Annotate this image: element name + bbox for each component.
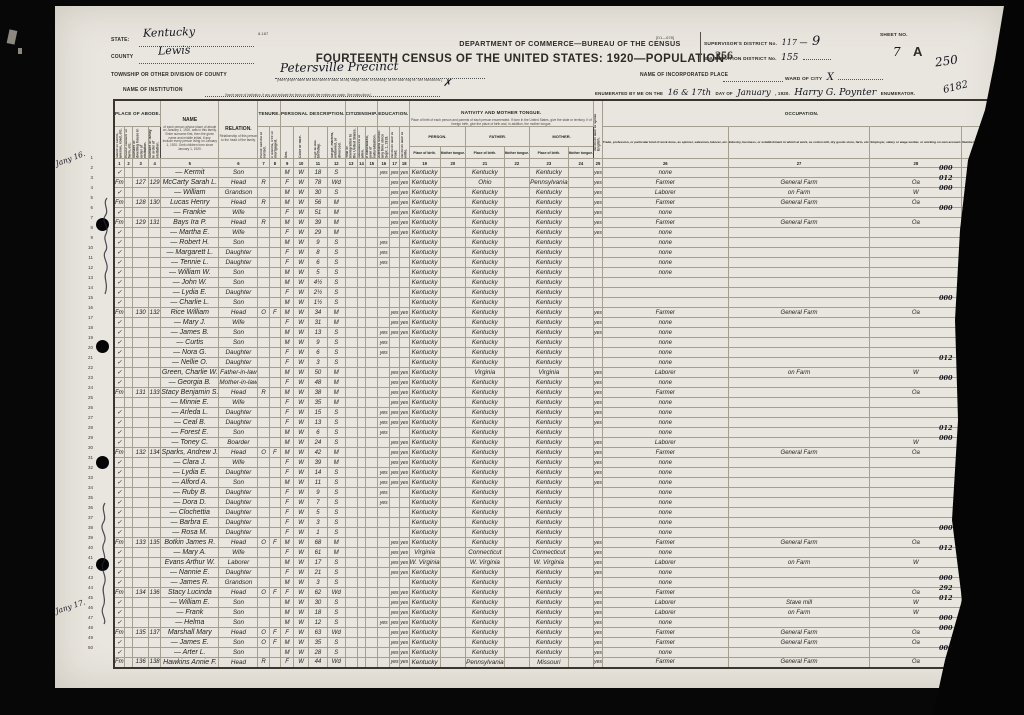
cell-father-tongue — [504, 388, 530, 398]
cell-owned-rented: O — [258, 538, 269, 548]
cell-naturalization-year — [366, 258, 378, 268]
cell-sex: F — [281, 288, 294, 298]
cell-naturalized — [357, 368, 366, 378]
cell-name: — Lydia E. — [161, 288, 219, 298]
cell-mother-birthplace: Kentucky — [530, 358, 568, 368]
cell-write — [399, 528, 409, 538]
cell-naturalized — [357, 298, 366, 308]
cell-occupation: none — [602, 408, 728, 418]
cell-race: W — [294, 238, 309, 248]
cell-mother-birthplace: Kentucky — [530, 318, 568, 328]
cell-sex: F — [281, 568, 294, 578]
cell-father-tongue — [504, 268, 530, 278]
cell-speaks-english — [594, 518, 603, 528]
cell-industry — [728, 618, 870, 628]
cell-sex: M — [281, 578, 294, 588]
cell-mother-tongue — [568, 468, 594, 478]
cell-naturalization-year — [366, 328, 378, 338]
cell-person-tongue — [440, 398, 466, 408]
cell-free-mortgaged — [269, 318, 280, 328]
cell-owned-rented — [258, 428, 269, 438]
cell-write: yes — [399, 638, 409, 648]
cell-immigration — [345, 358, 357, 368]
cell-farm-mark: ✓ — [114, 428, 124, 438]
cell-occupation: Laborer — [602, 368, 728, 378]
cell-naturalization-year — [366, 308, 378, 318]
cell-sex: F — [281, 418, 294, 428]
cell-naturalized — [357, 538, 366, 548]
cell-father-birthplace: Kentucky — [466, 248, 504, 258]
cell-industry — [728, 258, 870, 268]
cell-school — [378, 638, 390, 648]
cell-sex: F — [281, 228, 294, 238]
cell-mother-birthplace: Kentucky — [530, 538, 568, 548]
cell-sex: F — [281, 398, 294, 408]
cell-house-number — [124, 408, 133, 418]
cell-father-birthplace: Kentucky — [466, 568, 504, 578]
cell-relation: Son — [219, 608, 258, 618]
punch-code — [939, 453, 953, 463]
cell-mother-tongue — [568, 358, 594, 368]
cell-father-birthplace: Kentucky — [466, 328, 504, 338]
cell-school — [378, 288, 390, 298]
cell-marital: M — [327, 308, 345, 318]
cell-read: yes — [390, 588, 400, 598]
cell-marital: S — [327, 418, 345, 428]
cell-naturalization-year — [366, 338, 378, 348]
cell-race: W — [294, 458, 309, 468]
cell-marital: S — [327, 498, 345, 508]
cell-race: W — [294, 578, 309, 588]
cell-owned-rented: R — [258, 178, 269, 188]
cell-line-number: 6 — [1001, 218, 1008, 228]
cell-farm-mark: Fm — [114, 388, 124, 398]
cell-person-birthplace: Kentucky — [409, 268, 440, 278]
cell-dwelling-number — [133, 428, 149, 438]
punch-code — [939, 223, 953, 233]
cell-person-birthplace: Kentucky — [409, 508, 440, 518]
cell-farm-mark: ✓ — [114, 618, 124, 628]
cell-age: 35 — [308, 398, 327, 408]
cell-dwelling-number: 131 — [133, 388, 149, 398]
punch-code: 000 — [939, 573, 953, 583]
cell-person-birthplace: Kentucky — [409, 628, 440, 638]
cell-name: — Mary A. — [161, 548, 219, 558]
census-row: ✓— ClochettiaDaughterFW5SKentuckyKentuck… — [114, 508, 1007, 518]
census-row: ✓— Toney C.BoarderMW24SyesyesKentuckyKen… — [114, 438, 1007, 448]
supervisor-district-scribble: 117 — — [782, 38, 808, 47]
cell-sex: F — [281, 348, 294, 358]
cell-industry — [728, 648, 870, 658]
cell-farm-schedule — [962, 258, 1001, 268]
cell-family-number — [149, 328, 161, 338]
cell-industry — [728, 208, 870, 218]
cell-sex: F — [281, 358, 294, 368]
cell-name: Green, Charlie W. — [161, 368, 219, 378]
cell-relation: Son — [219, 618, 258, 628]
cell-write: yes — [399, 658, 409, 668]
cell-farm-schedule: 125 — [962, 218, 1001, 228]
cell-free-mortgaged — [269, 648, 280, 658]
cell-race: W — [294, 418, 309, 428]
punch-code — [939, 533, 953, 543]
cell-line-number: 2 — [1001, 178, 1008, 188]
cell-farm-schedule — [962, 528, 1001, 538]
cell-person-tongue — [440, 258, 466, 268]
cell-farm-schedule — [962, 568, 1001, 578]
cell-age: 6 — [308, 428, 327, 438]
cell-mother-tongue — [568, 298, 594, 308]
cell-speaks-english: yes — [594, 588, 603, 598]
cell-farm-schedule — [962, 578, 1001, 588]
cell-write — [399, 518, 409, 528]
cell-person-birthplace: Kentucky — [409, 448, 440, 458]
cell-read: yes — [390, 188, 400, 198]
cell-person-birthplace: Kentucky — [409, 528, 440, 538]
cell-age: 51 — [308, 208, 327, 218]
cell-race: W — [294, 318, 309, 328]
cell-mother-birthplace: Kentucky — [530, 218, 568, 228]
cell-race: W — [294, 488, 309, 498]
cell-owned-rented — [258, 568, 269, 578]
cell-father-birthplace: Kentucky — [466, 448, 504, 458]
margin-line-number: 8 — [79, 223, 93, 233]
cell-sex: M — [281, 298, 294, 308]
cell-dwelling-number — [133, 478, 149, 488]
subgroup-mother: MOTHER. — [530, 127, 594, 147]
cell-farm-mark: ✓ — [114, 418, 124, 428]
cell-person-tongue — [440, 178, 466, 188]
cell-mother-tongue — [568, 398, 594, 408]
cell-school — [378, 218, 390, 228]
cell-person-birthplace: Kentucky — [409, 478, 440, 488]
punch-code: 000 — [939, 433, 953, 443]
department-title: DEPARTMENT OF COMMERCE—BUREAU OF THE CEN… — [459, 39, 681, 48]
cell-free-mortgaged — [269, 408, 280, 418]
cell-race: W — [294, 548, 309, 558]
cell-industry: General Farm — [728, 198, 870, 208]
cell-family-number — [149, 428, 161, 438]
cell-naturalization-year — [366, 628, 378, 638]
cell-write: yes — [399, 368, 409, 378]
group-relation: RELATION. Relationship of this person to… — [219, 100, 258, 159]
cell-sex: M — [281, 328, 294, 338]
cell-person-tongue — [440, 438, 466, 448]
cell-immigration — [345, 648, 357, 658]
cell-line-number: 13 — [1001, 288, 1008, 298]
cell-school: yes — [378, 348, 390, 358]
cell-naturalization-year — [366, 378, 378, 388]
cell-immigration — [345, 438, 357, 448]
cell-father-tongue — [504, 298, 530, 308]
group-place-of-abode: PLACE OF ABODE. — [114, 100, 161, 127]
cell-name: — Arter L. — [161, 648, 219, 658]
cell-person-tongue — [440, 478, 466, 488]
institution-note: [Insert name of institution, if any, and… — [225, 93, 371, 97]
cell-naturalized — [357, 448, 366, 458]
cell-dwelling-number — [133, 518, 149, 528]
cell-owned-rented — [258, 458, 269, 468]
cell-school: yes — [378, 428, 390, 438]
township-label: TOWNSHIP OR OTHER DIVISION OF COUNTY — [111, 72, 227, 78]
cell-house-number — [124, 508, 133, 518]
cell-name: — Toney C. — [161, 438, 219, 448]
cell-write — [399, 498, 409, 508]
cell-person-birthplace: Kentucky — [409, 218, 440, 228]
cell-free-mortgaged: F — [269, 448, 280, 458]
cell-house-number — [124, 498, 133, 508]
cell-occupation: Farmer — [602, 198, 728, 208]
cell-naturalized — [357, 648, 366, 658]
cell-occupation: Farmer — [602, 588, 728, 598]
cell-father-tongue — [504, 558, 530, 568]
cell-relation: Daughter — [219, 528, 258, 538]
cell-person-birthplace: Kentucky — [409, 298, 440, 308]
cell-mother-birthplace: Missouri — [530, 658, 568, 668]
cell-free-mortgaged — [269, 458, 280, 468]
cell-mother-tongue — [568, 598, 594, 608]
cell-farm-mark: ✓ — [114, 338, 124, 348]
cell-mother-tongue — [568, 238, 594, 248]
cell-house-number — [124, 188, 133, 198]
cell-father-tongue — [504, 568, 530, 578]
cell-race: W — [294, 348, 309, 358]
col-father-tongue: Mother tongue. — [504, 147, 530, 159]
cell-immigration — [345, 538, 357, 548]
cell-free-mortgaged — [269, 418, 280, 428]
cell-dwelling-number — [133, 228, 149, 238]
cell-line-number: 8 — [1001, 238, 1008, 248]
cell-mother-tongue — [568, 248, 594, 258]
cell-father-birthplace: Kentucky — [466, 588, 504, 598]
cell-write: yes — [399, 558, 409, 568]
margin-line-number: 15 — [79, 293, 93, 303]
cell-line-number: 22 — [1001, 378, 1008, 388]
cell-industry — [728, 278, 870, 288]
cell-person-birthplace: Kentucky — [409, 208, 440, 218]
cell-relation: Daughter — [219, 258, 258, 268]
enumeration-district-value: 155 — [781, 53, 798, 63]
margin-line-number: 30 — [79, 443, 93, 453]
punch-hole — [96, 456, 109, 469]
cell-name: — Ceal B. — [161, 418, 219, 428]
cell-line-number: 38 — [1001, 538, 1008, 548]
margin-number-250: 250 — [934, 52, 959, 69]
margin-line-number: 5 — [79, 193, 93, 203]
cell-line-number: 26 — [1001, 418, 1008, 428]
cell-naturalized — [357, 348, 366, 358]
cell-occupation: none — [602, 498, 728, 508]
cell-father-birthplace: Kentucky — [466, 338, 504, 348]
cell-speaks-english: yes — [594, 648, 603, 658]
cell-farm-schedule — [962, 478, 1001, 488]
cell-name: — Charlie L. — [161, 298, 219, 308]
cell-write: yes — [399, 538, 409, 548]
cell-farm-mark: ✓ — [114, 458, 124, 468]
cell-occupation: Laborer — [602, 598, 728, 608]
punch-code — [939, 253, 953, 263]
cell-owned-rented — [258, 518, 269, 528]
margin-line-number: 4 — [79, 183, 93, 193]
cell-race: W — [294, 508, 309, 518]
incorporated-place-line — [723, 73, 783, 82]
cell-immigration — [345, 548, 357, 558]
cell-name: Rice William — [161, 308, 219, 318]
cell-read: yes — [390, 398, 400, 408]
cell-person-tongue — [440, 348, 466, 358]
col-trade: Trade, profession, or particular kind of… — [602, 127, 728, 159]
cell-age: 13 — [308, 418, 327, 428]
cell-naturalization-year — [366, 418, 378, 428]
cell-naturalization-year — [366, 358, 378, 368]
cell-age: 4½ — [308, 278, 327, 288]
cell-free-mortgaged — [269, 198, 280, 208]
cell-naturalized — [357, 268, 366, 278]
cell-farm-mark: ✓ — [114, 598, 124, 608]
cell-naturalized — [357, 468, 366, 478]
cell-sex: M — [281, 368, 294, 378]
punch-code — [939, 363, 953, 373]
cell-name: — Helma — [161, 618, 219, 628]
cell-house-number — [124, 258, 133, 268]
cell-sex: M — [281, 478, 294, 488]
cell-speaks-english: yes — [594, 318, 603, 328]
cell-person-tongue — [440, 388, 466, 398]
cell-father-tongue — [504, 258, 530, 268]
cell-age: 63 — [308, 628, 327, 638]
cell-farm-mark: Fm — [114, 178, 124, 188]
margin-line-number: 41 — [79, 553, 93, 563]
cell-mother-tongue — [568, 278, 594, 288]
cell-sex: M — [281, 428, 294, 438]
cell-occupation: none — [602, 458, 728, 468]
cell-age: 18 — [308, 168, 327, 178]
cell-father-birthplace: Kentucky — [466, 208, 504, 218]
cell-age: 6 — [308, 348, 327, 358]
margin-line-number: 23 — [79, 373, 93, 383]
cell-age: 3 — [308, 358, 327, 368]
cell-speaks-english: yes — [594, 188, 603, 198]
cell-line-number: 3 — [1001, 188, 1008, 198]
cell-marital: S — [327, 358, 345, 368]
cell-immigration — [345, 378, 357, 388]
microfilm-frame: 8-187 STATE: Kentucky DEPARTMENT OF COMM… — [0, 0, 1024, 715]
cell-father-birthplace: Pennsylvania — [466, 658, 504, 668]
cell-dwelling-number — [133, 498, 149, 508]
cell-naturalized — [357, 288, 366, 298]
cell-name: — Forest E. — [161, 428, 219, 438]
cell-read: yes — [390, 178, 400, 188]
cell-line-number: 25 — [1001, 408, 1008, 418]
cell-farm-mark: Fm — [114, 658, 124, 668]
cell-speaks-english — [594, 578, 603, 588]
col-industry: Industry, business, or establishment in … — [728, 127, 870, 159]
cell-immigration — [345, 518, 357, 528]
cell-line-number: 17 — [1001, 328, 1008, 338]
cell-father-tongue — [504, 508, 530, 518]
cell-mother-tongue — [568, 188, 594, 198]
cell-relation: Son — [219, 338, 258, 348]
cell-mother-tongue — [568, 318, 594, 328]
margin-line-number: 44 — [79, 583, 93, 593]
cell-father-birthplace: Kentucky — [466, 278, 504, 288]
margin-line-number: 45 — [79, 593, 93, 603]
cell-write: yes — [399, 198, 409, 208]
census-row: ✓— Georgia B.Mother-in-lawFW48MyesyesKen… — [114, 378, 1007, 388]
cell-write: yes — [399, 178, 409, 188]
cell-free-mortgaged — [269, 338, 280, 348]
cell-naturalized — [357, 528, 366, 538]
cell-speaks-english: yes — [594, 448, 603, 458]
cell-industry — [728, 338, 870, 348]
cell-marital: S — [327, 528, 345, 538]
punch-code: 012 — [939, 173, 953, 183]
cell-father-tongue — [504, 648, 530, 658]
cell-free-mortgaged: F — [269, 638, 280, 648]
cell-mother-tongue — [568, 308, 594, 318]
cell-house-number — [124, 318, 133, 328]
cell-naturalization-year — [366, 448, 378, 458]
cell-mother-tongue — [568, 558, 594, 568]
cell-school — [378, 578, 390, 588]
cell-read: yes — [390, 558, 400, 568]
cell-relation: Wife — [219, 458, 258, 468]
cell-farm-schedule — [962, 428, 1001, 438]
cell-family-number: 138 — [149, 658, 161, 668]
cell-speaks-english: yes — [594, 378, 603, 388]
census-row: ✓— Nellie O.DaughterFW3SKentuckyKentucky… — [114, 358, 1007, 368]
margin-line-number: 11 — [79, 253, 93, 263]
census-row: ✓— Nannie E.DaughterFW21SyesyesKentuckyK… — [114, 568, 1007, 578]
cell-line-number: 35 — [1001, 508, 1008, 518]
cell-father-tongue — [504, 218, 530, 228]
cell-person-birthplace: Virginia — [409, 548, 440, 558]
cell-marital: S — [327, 338, 345, 348]
cell-age: 39 — [308, 458, 327, 468]
cell-naturalization-year — [366, 648, 378, 658]
cell-sex: F — [281, 208, 294, 218]
cell-naturalization-year — [366, 548, 378, 558]
cell-naturalization-year — [366, 178, 378, 188]
cell-farm-mark: ✓ — [114, 368, 124, 378]
cell-naturalization-year — [366, 228, 378, 238]
margin-line-number: 26 — [79, 403, 93, 413]
cell-house-number — [124, 648, 133, 658]
cell-mother-tongue — [568, 588, 594, 598]
cell-farm-mark: ✓ — [114, 488, 124, 498]
cell-dwelling-number: 129 — [133, 218, 149, 228]
cell-race: W — [294, 618, 309, 628]
cell-race: W — [294, 558, 309, 568]
margin-line-number: 2 — [79, 163, 93, 173]
cell-occupation: none — [602, 258, 728, 268]
col-immigration-year: Year of immigration to the United States… — [345, 127, 357, 159]
census-row: ✓— Robert H.SonMW9SyesKentuckyKentuckyKe… — [114, 238, 1007, 248]
cell-farm-mark: ✓ — [114, 378, 124, 388]
cell-marital: S — [327, 478, 345, 488]
column-numbers-row: 1234 56 78 9101112 131415 161718 1920 21… — [114, 159, 1007, 168]
cell-mother-birthplace: Pennsylvania — [530, 178, 568, 188]
cell-race: W — [294, 198, 309, 208]
cell-person-birthplace: Kentucky — [409, 188, 440, 198]
cell-occupation: none — [602, 508, 728, 518]
margin-line-number: 34 — [79, 483, 93, 493]
cell-father-birthplace: Kentucky — [466, 258, 504, 268]
cell-house-number — [124, 208, 133, 218]
cell-father-birthplace: Kentucky — [466, 398, 504, 408]
cell-industry — [728, 478, 870, 488]
cell-sex: M — [281, 238, 294, 248]
